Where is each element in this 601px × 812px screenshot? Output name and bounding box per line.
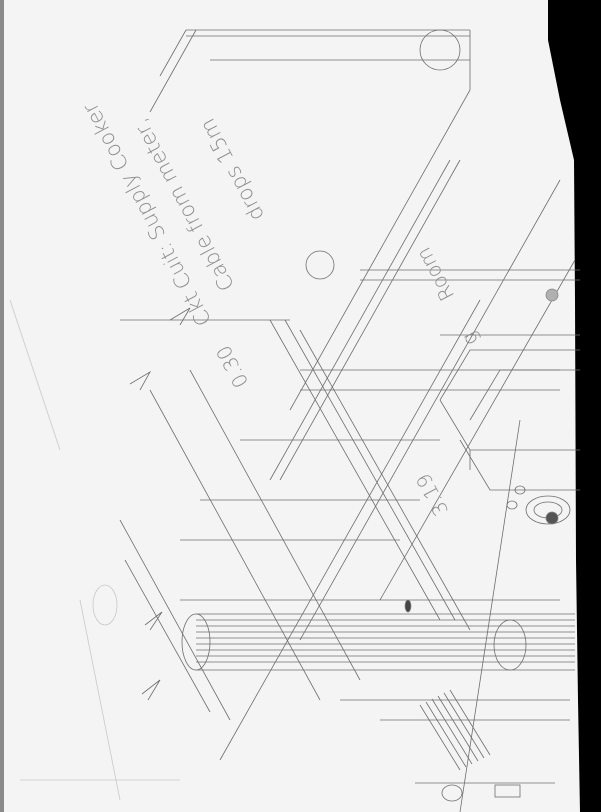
hatched-panel: [340, 690, 570, 801]
paper-sheet: Ckt Cuit: Supply Cooker Cable from meter…: [0, 0, 601, 812]
pipe-cylinder: [182, 614, 575, 670]
cabinet-units: [440, 350, 580, 524]
faint-construction-lines: [10, 300, 180, 800]
bracket-marks: [130, 30, 460, 700]
